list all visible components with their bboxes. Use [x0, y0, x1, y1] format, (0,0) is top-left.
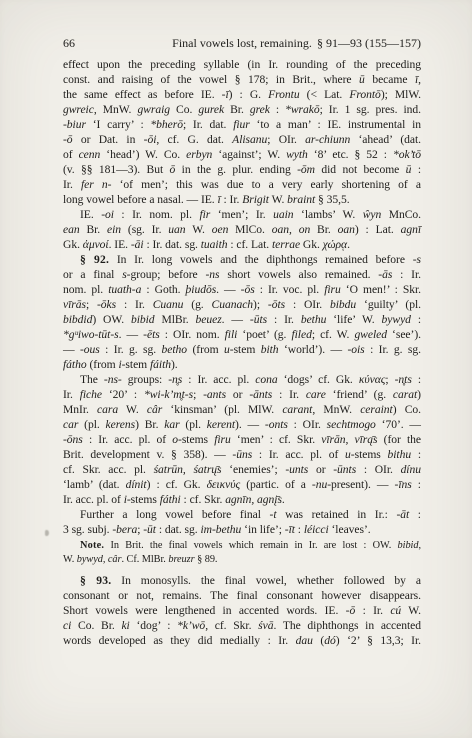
text-segment: Br.: [224, 103, 250, 116]
italic-form: filed: [291, 328, 311, 341]
italic-form: uain: [273, 208, 293, 221]
text-segment: : cf. Skr.: [181, 493, 225, 506]
italic-form: fer n-: [81, 178, 111, 191]
text-segment: Gk.: [63, 238, 83, 251]
text-body: effect upon the preceding syllable (in I…: [63, 57, 421, 648]
italic-form: -ēts: [143, 328, 160, 341]
text-segment: : OIr.: [356, 463, 400, 476]
bold-text: Note.: [80, 540, 104, 551]
text-segment: IE.: [80, 208, 101, 221]
book-page: 66 Final vowels lost, remaining. § 91—93…: [0, 0, 472, 738]
text-segment: long vowel before a nasal. — IE.: [63, 193, 218, 206]
italic-form: dó: [324, 634, 336, 647]
italic-form: fili: [225, 328, 238, 341]
italic-form: *wi-k’m̥t-s: [144, 388, 193, 401]
text-segment: : OIr.: [288, 418, 327, 431]
text-segment: Br.: [310, 223, 337, 236]
text-segment: ) : G.: [229, 88, 268, 101]
italic-form: -unts: [285, 463, 308, 476]
text-segment: ‘8’ etc. § 52 :: [308, 148, 393, 161]
text-segment: ‘in life’;: [241, 523, 285, 536]
text-line: ean Br. ein (sg. Ir. uan W. oen MlCo. oa…: [63, 222, 421, 237]
text-segment: ‘lamb’ (dat.: [63, 478, 126, 491]
text-segment: Co. Br.: [71, 619, 121, 632]
italic-form: dínit: [126, 478, 147, 491]
text-segment: 3 sg. subj.: [63, 523, 112, 536]
final-t-paragraph: Further a long vowel before final -t was…: [63, 507, 421, 537]
text-segment: ‘dog’ :: [130, 619, 177, 632]
text-segment: ‘see’).: [387, 328, 421, 341]
italic-form: oan, on: [272, 223, 310, 236]
italic-form: -n̥ts: [395, 373, 412, 386]
text-line: Brit. development v. § 358). — -ūns : Ir…: [63, 447, 421, 462]
text-segment: : Ir.: [116, 298, 153, 311]
italic-form: -ōns: [63, 433, 83, 446]
italic-form: uan: [168, 223, 185, 236]
italic-form: -īt: [285, 523, 295, 536]
italic-form: -ūnts: [333, 463, 356, 476]
italic-form: -ants: [203, 388, 226, 401]
text-segment: . —: [222, 313, 250, 326]
italic-form: dínu: [401, 463, 421, 476]
italic-form: care: [306, 388, 326, 401]
text-segment: : Ir. acc. pl. of: [252, 448, 345, 461]
italic-form: firu: [324, 283, 341, 296]
text-line: MnIr. cara W. câr ‘kinsman’ (pl. MlW. ca…: [63, 402, 421, 417]
text-segment: In Ir. long vowels and the diphthongs re…: [109, 253, 413, 266]
italic-form: breuzr: [168, 554, 194, 565]
italic-form: vīrās: [63, 298, 86, 311]
italic-form: kerens: [106, 418, 136, 431]
text-segment: effect upon the preceding syllable (in I…: [63, 58, 421, 71]
text-line: — -ous : Ir. g. sg. betho (from u-stem b…: [63, 342, 421, 357]
text-line: nom. pl. tuath-a : Goth. þiudōs. — -ōs :…: [63, 282, 421, 297]
italic-form: śvā: [258, 619, 273, 632]
italic-form: ki: [121, 619, 129, 632]
italic-form: -bera: [112, 523, 137, 536]
italic-form: -ō: [346, 604, 356, 617]
scan-artifact: [45, 530, 49, 536]
text-segment: Br.: [80, 223, 107, 236]
text-segment: : OIr. nom.: [160, 328, 225, 341]
text-segment: ‘of men’; this was due to a very early s…: [111, 178, 421, 191]
italic-form: kerent: [207, 418, 235, 431]
text-segment: words developed as they did medially : I…: [63, 634, 296, 647]
italic-form: -biur: [63, 118, 86, 131]
text-segment: : Ir.: [355, 604, 390, 617]
italic-form: -nu: [312, 478, 327, 491]
text-segment: :: [412, 373, 421, 386]
italic-form: Cuanach: [212, 298, 254, 311]
note-paragraph: Note. In Brit. the final vowels which re…: [63, 539, 421, 566]
italic-form: -n̥s: [168, 373, 182, 386]
text-line: -biur ‘I carry’ : *bherō; Ir. dat. fiur …: [63, 117, 421, 132]
text-segment: or: [226, 388, 249, 401]
text-segment: ).: [171, 358, 178, 371]
text-line: Short vowels were lengthened in accented…: [63, 603, 421, 618]
text-segment: const. and raising of the vowel § 178; i…: [63, 73, 359, 86]
italic-form: vīrān, vīrą̄s: [321, 433, 377, 446]
italic-form: bith: [261, 343, 279, 356]
text-line: -ō or Dat. in -ōi, cf. G. dat. Alisanu; …: [63, 132, 421, 147]
italic-form: -s: [413, 253, 421, 266]
italic-form: δεικνύς: [207, 478, 241, 491]
text-line: Ir. fiche ‘20’ : *wi-k’m̥t-s; -ants or -…: [63, 387, 421, 402]
text-segment: , MnW.: [312, 403, 360, 416]
text-segment: ;: [385, 373, 394, 386]
text-segment: : Ir. nom. pl.: [114, 208, 200, 221]
text-segment: or a final: [63, 268, 122, 281]
text-segment: ‘guilty’ (pl.: [356, 298, 421, 311]
text-segment: -group; before: [127, 268, 206, 281]
text-segment: ‘poet’ (g.: [237, 328, 291, 341]
text-segment: (pl.: [180, 418, 207, 431]
text-segment: . Cf. MlBr.: [121, 554, 168, 565]
text-segment: : OIr.: [285, 298, 330, 311]
text-segment: . IE.: [109, 238, 131, 251]
italic-form: sechtmogo: [327, 418, 376, 431]
italic-form: bibid: [398, 540, 419, 551]
italic-form: bibdid: [63, 313, 92, 326]
text-segment: Ir.: [63, 178, 81, 191]
italic-form: ŵyn: [363, 208, 382, 221]
text-segment: (: [313, 634, 324, 647]
text-segment: : Ir. acc. pl.: [182, 373, 255, 386]
text-segment: ‘70’. —: [376, 418, 421, 431]
italic-form: *k’wō: [177, 619, 205, 632]
italic-form: ein: [107, 223, 121, 236]
text-segment: Short vowels were lengthened in accented…: [63, 604, 346, 617]
italic-form: gweled: [354, 328, 387, 341]
text-line: Further a long vowel before final -t was…: [63, 507, 421, 522]
italic-form: beuez: [196, 313, 222, 326]
text-segment: : Ir.: [392, 268, 421, 281]
text-segment: :: [409, 508, 421, 521]
italic-form: firu: [214, 433, 231, 446]
text-segment: :: [411, 163, 421, 176]
italic-form: fáthi: [160, 493, 181, 506]
text-segment: (v. §§ 181—3). But: [63, 163, 170, 176]
text-line: -ōns : Ir. acc. pl. of o-stems firu ‘men…: [63, 432, 421, 447]
text-segment: became: [365, 73, 415, 86]
bold-text: § 93.: [80, 574, 111, 587]
italic-form: betho: [162, 343, 188, 356]
text-segment: ‘leaves’.: [329, 523, 371, 536]
italic-form: Frontu: [268, 88, 299, 101]
text-segment: MlCo.: [228, 223, 271, 236]
italic-form: ceraint: [360, 403, 393, 416]
text-segment: groups:: [122, 373, 168, 386]
italic-form: Alisanu: [232, 133, 267, 146]
italic-form: bywyd: [382, 313, 411, 326]
text-segment: (for the: [377, 433, 421, 446]
text-segment: ) Co.: [393, 403, 421, 416]
text-line: or a final s-group; before -ns short vow…: [63, 267, 421, 282]
text-segment: :: [270, 103, 285, 116]
text-segment: In Brit. the final vowels which remain i…: [104, 540, 397, 551]
text-segment: W.: [269, 193, 287, 206]
text-segment: of: [63, 148, 79, 161]
italic-form: -ūns: [232, 448, 252, 461]
text-line: The -ns- groups: -n̥s : Ir. acc. pl. con…: [63, 372, 421, 387]
bold-text: § 92.: [80, 253, 109, 266]
text-segment: , cf. G. dat.: [156, 133, 232, 146]
text-segment: ; OIr.: [267, 133, 305, 146]
italic-form: *bherō: [150, 118, 183, 131]
text-segment: ) Br.: [135, 418, 164, 431]
text-segment: or Dat. in: [73, 133, 144, 146]
italic-form: tuath-a: [108, 283, 141, 296]
text-segment: was retained in Ir.:: [277, 508, 397, 521]
text-segment: ; Ir. 1 sg. pres. ind.: [320, 103, 421, 116]
text-segment: ; cf. W.: [312, 328, 355, 341]
text-line: the same effect as before IE. -ī) : G. F…: [63, 87, 421, 102]
text-segment: : Ir. dat. sg.: [144, 238, 201, 251]
text-segment: ‘ahead’ (dat.: [350, 133, 421, 146]
italic-form: gwraig: [137, 103, 170, 116]
text-segment: nom. pl.: [63, 283, 108, 296]
text-segment: (from: [87, 358, 119, 371]
text-segment: : Ir.: [272, 388, 306, 401]
paragraph-ie-oi: IE. -oi : Ir. nom. pl. fir ‘men’; Ir. ua…: [63, 207, 421, 252]
text-segment: did not become: [315, 163, 406, 176]
text-segment: ; Ir. dat.: [183, 118, 233, 131]
italic-form: oen: [212, 223, 229, 236]
text-segment: ‘dogs’ cf. Gk.: [278, 373, 359, 386]
text-segment: , MnW.: [94, 103, 138, 116]
text-segment: ‘men’ : cf. Skr.: [231, 433, 322, 446]
text-line: Note. In Brit. the final vowels which re…: [63, 539, 421, 553]
italic-form: -t: [270, 508, 277, 521]
text-segment: —: [63, 343, 80, 356]
text-segment: Co.: [170, 103, 198, 116]
italic-form: bywyd, câr: [77, 554, 122, 565]
italic-form: -ns-: [104, 373, 122, 386]
text-segment: : cf. Lat.: [228, 238, 272, 251]
text-segment: . —: [216, 283, 241, 296]
italic-form: ar-chiunn: [305, 133, 350, 146]
italic-form: fiche: [80, 388, 102, 401]
italic-form: braint: [287, 193, 315, 206]
text-segment: Gk.: [300, 238, 323, 251]
text-line: vīrās; -ōks : Ir. Cuanu (g. Cuanach); -ō…: [63, 297, 421, 312]
text-segment: (pl.: [78, 418, 105, 431]
text-segment: : dat. sg.: [156, 523, 201, 536]
text-segment: in the g. plur. ending: [175, 163, 297, 176]
text-segment: ‘friend’ (g.: [326, 388, 393, 401]
italic-form: cú: [390, 604, 401, 617]
italic-form: χώρᾳ: [323, 238, 347, 251]
italic-form: léicci: [304, 523, 329, 536]
italic-form: *ok’tō: [393, 148, 421, 161]
italic-form: śatrūn, śatrų̄s: [154, 463, 222, 476]
italic-form: cara: [97, 403, 118, 416]
italic-form: -onts: [265, 418, 288, 431]
italic-form: Cuanu: [153, 298, 184, 311]
text-segment: Further a long vowel before final: [80, 508, 270, 521]
italic-form: κύνας: [359, 373, 386, 386]
italic-form: agnī: [401, 223, 421, 236]
text-line: (v. §§ 181—3). But ō in the g. plur. end…: [63, 162, 421, 177]
text-segment: , cf. Skr.: [205, 619, 258, 632]
italic-form: gwreic: [63, 103, 94, 116]
italic-form: -ōts: [268, 298, 285, 311]
italic-form: erbyn: [186, 148, 212, 161]
text-segment: : Ir.: [221, 193, 243, 206]
italic-form: kar: [164, 418, 179, 431]
italic-form: -ous: [80, 343, 100, 356]
italic-form: fáith: [150, 358, 171, 371]
italic-form: agnīn, agnį̄s: [225, 493, 282, 506]
text-segment: The: [80, 373, 104, 386]
text-segment: § 89.: [195, 554, 218, 565]
text-segment: : Goth.: [141, 283, 185, 296]
text-segment: ‘20’ :: [102, 388, 144, 401]
text-line: const. and raising of the vowel § 178; i…: [63, 72, 421, 87]
italic-form: -ās: [378, 268, 392, 281]
text-segment: ): [417, 388, 421, 401]
text-segment: ‘life’ W.: [326, 313, 381, 326]
text-segment: ). —: [235, 418, 265, 431]
text-segment: (< Lat.: [300, 88, 350, 101]
italic-form: terrae: [272, 238, 300, 251]
text-segment: :: [411, 313, 421, 326]
text-segment: : Ir. voc. pl.: [255, 283, 324, 296]
text-segment: .: [347, 238, 350, 251]
text-line: W. bywyd, câr. Cf. MlBr. breuzr § 89.: [63, 553, 421, 567]
text-line: car (pl. kerens) Br. kar (pl. kerent). —…: [63, 417, 421, 432]
text-segment: -stems: [178, 433, 214, 446]
italic-form: cenn: [79, 148, 101, 161]
text-line: gwreic, MnW. gwraig Co. gurek Br. grek :…: [63, 102, 421, 117]
text-segment: . —: [119, 328, 144, 341]
italic-form: fiur: [233, 118, 250, 131]
italic-form: dau: [296, 634, 313, 647]
text-segment: W.: [118, 403, 147, 416]
text-line: ‘lamb’ (dat. dínit) : cf. Gk. δεικνύς (p…: [63, 477, 421, 492]
italic-form: bibdu: [330, 298, 356, 311]
italic-form: im-bethu: [200, 523, 241, 536]
text-segment: (g.: [183, 298, 211, 311]
text-segment: W.: [63, 554, 77, 565]
text-segment: ,: [418, 73, 421, 86]
italic-form: -ōks: [97, 298, 116, 311]
text-segment: W.: [186, 223, 212, 236]
text-line: § 93. In monosylls. the final vowel, whe…: [63, 573, 421, 588]
text-segment: ); MlW.: [381, 88, 421, 101]
text-segment: MnIr.: [63, 403, 97, 416]
text-segment: ;: [193, 388, 203, 401]
text-segment: consonant or not, remains. The final con…: [63, 589, 421, 602]
text-segment: ) : Lat.: [355, 223, 401, 236]
text-line: effect upon the preceding syllable (in I…: [63, 57, 421, 72]
italic-form: -ūts: [250, 313, 267, 326]
continuation-paragraph: effect upon the preceding syllable (in I…: [63, 57, 421, 207]
text-line: Gk. ἀμνοί. IE. -āi : Ir. dat. sg. tuaith…: [63, 237, 421, 252]
text-segment: MlBr.: [155, 313, 196, 326]
text-segment: .: [282, 493, 285, 506]
text-line: § 92. In Ir. long vowels and the diphtho…: [63, 252, 421, 267]
text-line: words developed as they did medially : I…: [63, 633, 421, 648]
text-line: 3 sg. subj. -bera; -ūt : dat. sg. im-bet…: [63, 522, 421, 537]
text-line: long vowel before a nasal. — IE. ī : Ir.…: [63, 192, 421, 207]
running-head: 66 Final vowels lost, remaining. § 91—93…: [63, 36, 421, 52]
italic-form: car: [63, 418, 78, 431]
text-segment: ‘lambs’ W.: [294, 208, 363, 221]
text-segment: short vowels also remained.: [220, 268, 379, 281]
text-line: IE. -oi : Ir. nom. pl. fir ‘men’; Ir. ua…: [63, 207, 421, 222]
text-line: *gᵘiwo-tūt-s. — -ēts : OIr. nom. fili ‘p…: [63, 327, 421, 342]
text-segment: -stem: [122, 358, 150, 371]
italic-form: fátho: [63, 358, 87, 371]
italic-form: gurek: [198, 103, 224, 116]
italic-form: ean: [63, 223, 80, 236]
italic-form: -ī: [222, 88, 229, 101]
text-segment: (partic. of a: [240, 478, 312, 491]
italic-form: þiudōs: [186, 283, 217, 296]
text-segment: : Ir. g. sg.: [100, 343, 162, 356]
text-line: bibdid) OW. bibid MlBr. beuez. — -ūts : …: [63, 312, 421, 327]
text-segment: W.: [401, 604, 421, 617]
text-segment: ‘head’) W. Co.: [100, 148, 186, 161]
italic-form: grek: [250, 103, 270, 116]
italic-form: -āt: [396, 508, 409, 521]
text-segment: ) ‘2’ § 13,3; Ir.: [336, 634, 421, 647]
text-segment: : Ir. acc. pl. of: [83, 433, 173, 446]
text-segment: (from: [187, 343, 224, 356]
text-segment: ‘men’; Ir.: [210, 208, 273, 221]
italic-form: *gᵘiwo-tūt-s: [63, 328, 119, 341]
italic-form: -ns: [205, 268, 219, 281]
text-segment: : Ir. g. sg.: [365, 343, 421, 356]
italic-form: bethu: [301, 313, 327, 326]
text-segment: cf. Skr. acc. pl.: [63, 463, 154, 476]
text-segment: ‘to a man’ : IE. instrumental in: [250, 118, 421, 131]
text-segment: ‘kinsman’ (pl. MlW.: [162, 403, 282, 416]
text-segment: ‘O men!’ : Skr.: [341, 283, 421, 296]
italic-form: bithu: [388, 448, 412, 461]
text-segment: In monosylls. the final vowel, whether f…: [111, 574, 421, 587]
text-line: Ir. acc. pl. of i-stems fáthi : cf. Skr.…: [63, 492, 421, 507]
text-segment: ,: [418, 540, 421, 551]
italic-form: -ūt: [143, 523, 156, 536]
text-line: ci Co. Br. ki ‘dog’ : *k’wō, cf. Skr. śv…: [63, 618, 421, 633]
text-segment: ) : cf. Gk.: [147, 478, 207, 491]
text-segment: ‘I carry’ :: [86, 118, 150, 131]
text-segment: ‘world’). —: [279, 343, 348, 356]
text-line: Ir. fer n- ‘of men’; this was due to a v…: [63, 177, 421, 192]
text-segment: -stems: [351, 448, 388, 461]
text-line: fátho (from i-stem fáith).: [63, 357, 421, 372]
text-segment: -stem: [230, 343, 261, 356]
italic-form: -ois: [347, 343, 364, 356]
text-segment: -stems: [127, 493, 160, 506]
text-segment: Ir.: [63, 388, 80, 401]
text-segment: :: [411, 448, 421, 461]
text-segment: -present). —: [327, 478, 394, 491]
text-line: consonant or not, remains. The final con…: [63, 588, 421, 603]
text-segment: Ir. acc. pl. of: [63, 493, 124, 506]
text-segment: : Ir.: [267, 313, 301, 326]
text-segment: or: [308, 463, 333, 476]
italic-form: -ōs: [241, 283, 255, 296]
text-segment: Brit. development v. § 358). —: [63, 448, 232, 461]
italic-form: fir: [199, 208, 210, 221]
italic-form: -ōm: [297, 163, 315, 176]
section-93-paragraph: § 93. In monosylls. the final vowel, whe…: [63, 573, 421, 648]
italic-form: Frontō: [349, 88, 380, 101]
text-line: of cenn ‘head’) W. Co. erbyn ‘against’; …: [63, 147, 421, 162]
